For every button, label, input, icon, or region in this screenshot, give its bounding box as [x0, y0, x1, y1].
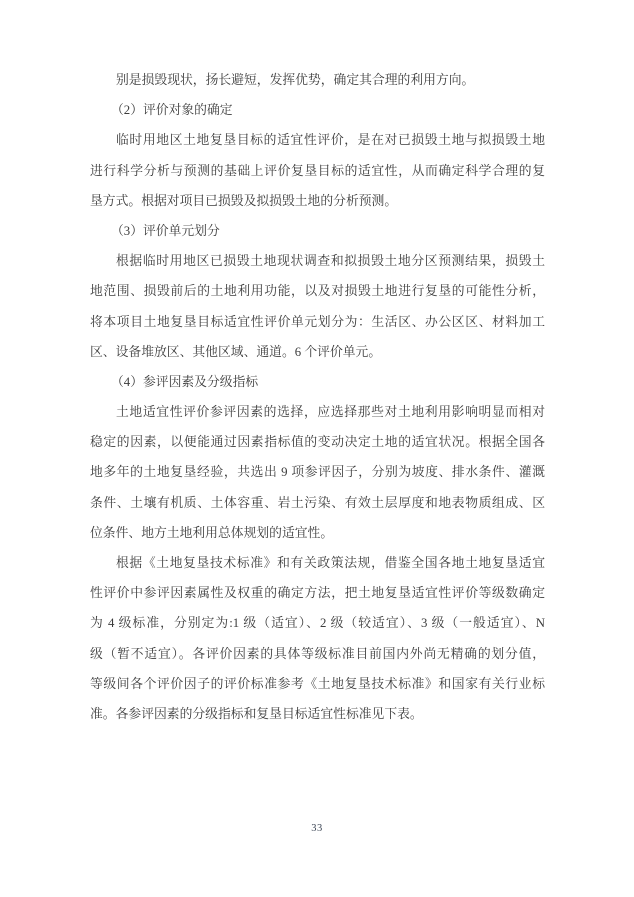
- text-line: 垦方式。根据对项目已损毁及拟损毁土地的分析预测。: [90, 186, 545, 216]
- page-number: 33: [0, 821, 634, 837]
- text-line: 地范围、损毁前后的土地利用功能，以及对损毁土地进行复垦的可能性分析，: [90, 276, 545, 306]
- text-line: 条件、土壤有机质、土体容重、岩土污染、有效土层厚度和地表物质组成、区: [90, 488, 545, 518]
- text-line: 土地适宜性评价参评因素的选择，应选择那些对土地利用影响明显而相对: [90, 397, 545, 427]
- text-line: （3）评价单元划分: [90, 216, 545, 246]
- text-line: （4）参评因素及分级指标: [90, 367, 545, 397]
- text-line: 准。各参评因素的分级指标和复垦目标适宜性标准见下表。: [90, 699, 545, 729]
- text-line: 为 4 级标准，分别定为:1 级（适宜）、2 级（较适宜）、3 级（一般适宜）、…: [90, 608, 545, 638]
- text-line: 临时用地区土地复垦目标的适宜性评价，是在对已损毁土地与拟损毁土地: [90, 125, 545, 155]
- text-line: 性评价中参评因素属性及权重的确定方法，把土地复垦适宜性评价等级数确定: [90, 578, 545, 608]
- text-line: 将本项目土地复垦目标适宜性评价单元划分为：生活区、办公区区、材料加工: [90, 307, 545, 337]
- text-line: 等级间各个评价因子的评价标准参考《土地复垦技术标准》和国家有关行业标: [90, 669, 545, 699]
- text-line: 地多年的土地复垦经验，共选出 9 项参评因子，分别为坡度、排水条件、灌溉: [90, 457, 545, 487]
- text-line: 别是损毁现状，扬长避短，发挥优势，确定其合理的利用方向。: [90, 65, 545, 95]
- text-line: 进行科学分析与预测的基础上评价复垦目标的适宜性，从而确定科学合理的复: [90, 156, 545, 186]
- text-line: 区、设备堆放区、其他区域、通道。6 个评价单元。: [90, 337, 545, 367]
- text-line: 级（暂不适宜）。各评价因素的具体等级标准目前国内外尚无精确的划分值，: [90, 639, 545, 669]
- text-line: 根据临时用地区已损毁土地现状调查和拟损毁土地分区预测结果，损毁土: [90, 246, 545, 276]
- text-line: 位条件、地方土地利用总体规划的适宜性。: [90, 518, 545, 548]
- body-text: 别是损毁现状，扬长避短，发挥优势，确定其合理的利用方向。（2）评价对象的确定临时…: [90, 65, 545, 729]
- document-page: 别是损毁现状，扬长避短，发挥优势，确定其合理的利用方向。（2）评价对象的确定临时…: [0, 0, 634, 897]
- text-line: 根据《土地复垦技术标准》和有关政策法规，借鉴全国各地土地复垦适宜: [90, 548, 545, 578]
- text-line: 稳定的因素，以便能通过因素指标值的变动决定土地的适宜状况。根据全国各: [90, 427, 545, 457]
- text-line: （2）评价对象的确定: [90, 95, 545, 125]
